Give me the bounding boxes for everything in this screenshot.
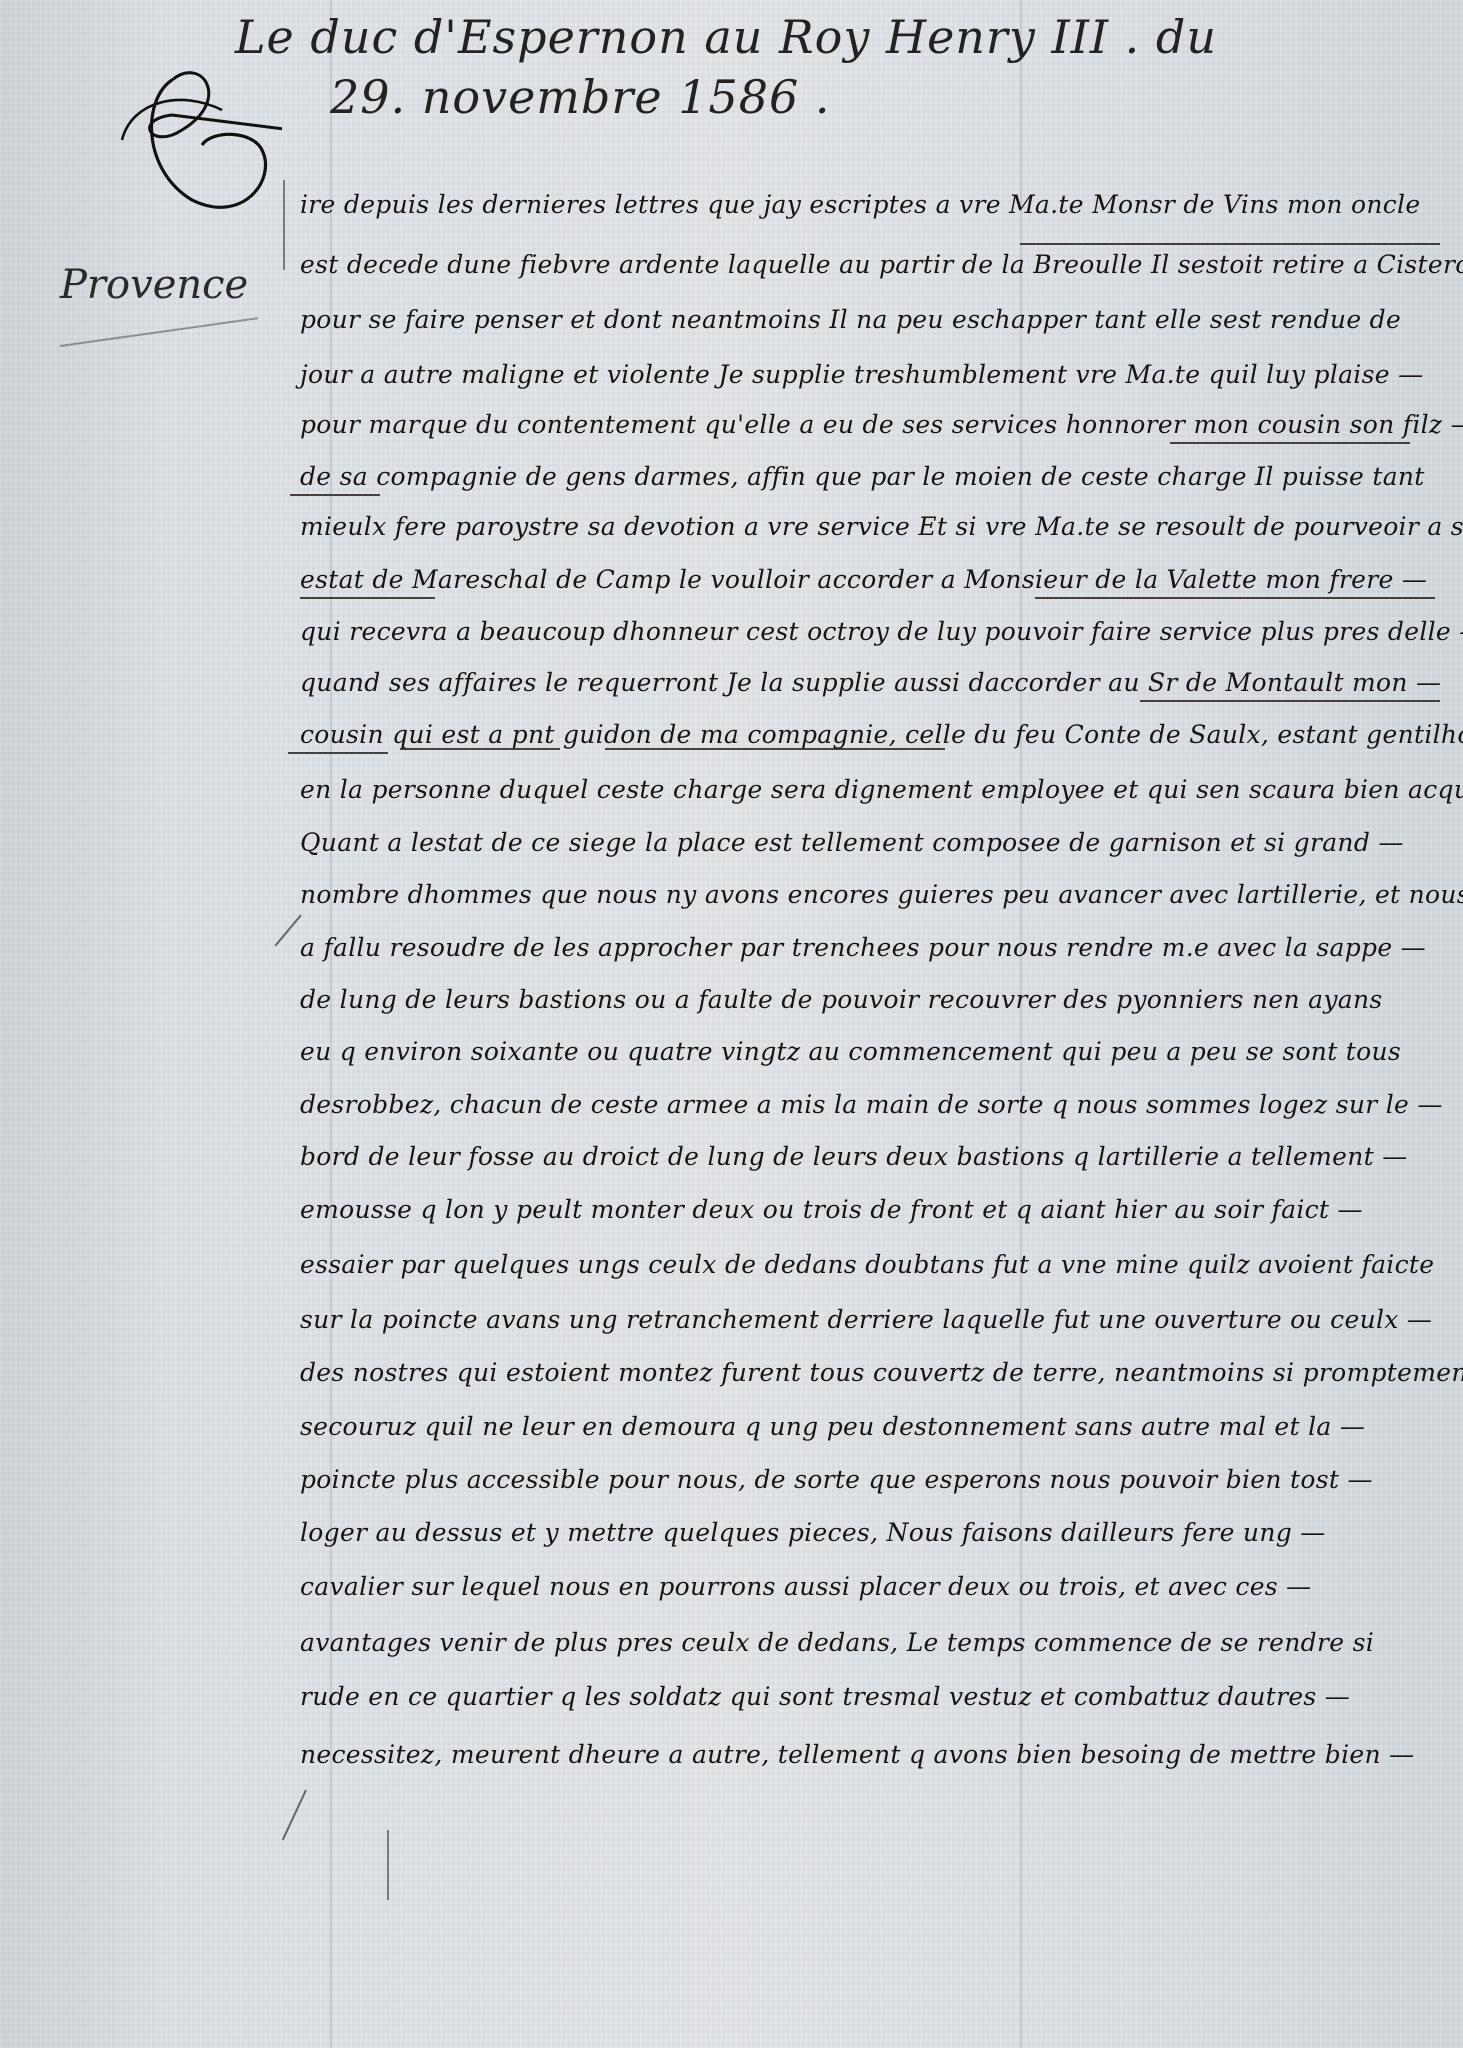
body-line: des nostres qui estoient montez furent t…	[300, 1358, 1443, 1387]
body-line: quand ses affaires le requerront Je la s…	[300, 668, 1443, 697]
body-line: rude en ce quartier q les soldatz qui so…	[300, 1682, 1443, 1711]
docket-heading-line-2: 29. novembre 1586 .	[330, 70, 831, 124]
body-line: bord de leur fosse au droict de lung de …	[300, 1142, 1443, 1171]
underline-mark	[1170, 442, 1410, 444]
body-line: jour a autre maligne et violente Je supp…	[300, 360, 1443, 389]
body-line: nombre dhommes que nous ny avons encores…	[300, 880, 1443, 909]
docket-heading-line-1: Le duc d'Espernon au Roy Henry III . du	[235, 10, 1217, 64]
underline-mark	[605, 748, 945, 750]
body-line: ire depuis les dernieres lettres que jay…	[300, 190, 1443, 219]
body-line: estat de Mareschal de Camp le voulloir a…	[300, 565, 1443, 594]
body-line: cousin qui est a pnt guidon de ma compag…	[300, 720, 1443, 749]
body-line: emousse q lon y peult monter deux ou tro…	[300, 1195, 1443, 1224]
body-line: de sa compagnie de gens darmes, affin qu…	[300, 462, 1443, 491]
body-line: desrobbez, chacun de ceste armee a mis l…	[300, 1090, 1443, 1119]
body-line: cavalier sur lequel nous en pourrons aus…	[300, 1572, 1443, 1601]
body-line: avantages venir de plus pres ceulx de de…	[300, 1628, 1443, 1657]
underline-mark	[288, 752, 388, 754]
body-line: est decede dune fiebvre ardente laquelle…	[300, 250, 1443, 279]
margin-ruling	[283, 180, 285, 270]
underline-mark	[1020, 243, 1440, 245]
body-line: essaier par quelques ungs ceulx de dedan…	[300, 1250, 1443, 1279]
body-line: eu q environ soixante ou quatre vingtz a…	[300, 1037, 1443, 1066]
body-line: secouruz quil ne leur en demoura q ung p…	[300, 1412, 1443, 1441]
body-line: en la personne duquel ceste charge sera …	[300, 775, 1443, 804]
body-line: Quant a lestat de ce siege la place est …	[300, 828, 1443, 857]
margin-note-provence: Provence	[60, 262, 248, 308]
body-line: de lung de leurs bastions ou a faulte de…	[300, 985, 1443, 1014]
body-line: loger au dessus et y mettre quelques pie…	[300, 1518, 1443, 1547]
pen-stroke	[282, 1790, 307, 1840]
body-line: necessitez, meurent dheure a autre, tell…	[300, 1740, 1443, 1769]
body-line: sur la poincte avans ung retranchement d…	[300, 1305, 1443, 1334]
margin-underline	[60, 317, 258, 347]
body-line: pour marque du contentement qu'elle a eu…	[300, 410, 1443, 439]
underline-mark	[1140, 700, 1440, 702]
body-line: poincte plus accessible pour nous, de so…	[300, 1465, 1443, 1494]
decorative-initial-s-icon	[112, 60, 282, 220]
margin-ruling	[387, 1830, 389, 1900]
body-line: qui recevra a beaucoup dhonneur cest oct…	[300, 617, 1443, 646]
body-line: a fallu resoudre de les approcher par tr…	[300, 933, 1443, 962]
underline-mark	[290, 494, 380, 496]
underline-mark	[400, 748, 560, 750]
underline-mark	[1035, 597, 1435, 599]
manuscript-page: Le duc d'Espernon au Roy Henry III . du …	[0, 0, 1463, 2048]
underline-mark	[300, 597, 435, 599]
pen-stroke	[274, 915, 301, 947]
body-line: mieulx fere paroystre sa devotion a vre …	[300, 512, 1443, 541]
body-line: pour se faire penser et dont neantmoins …	[300, 305, 1443, 334]
